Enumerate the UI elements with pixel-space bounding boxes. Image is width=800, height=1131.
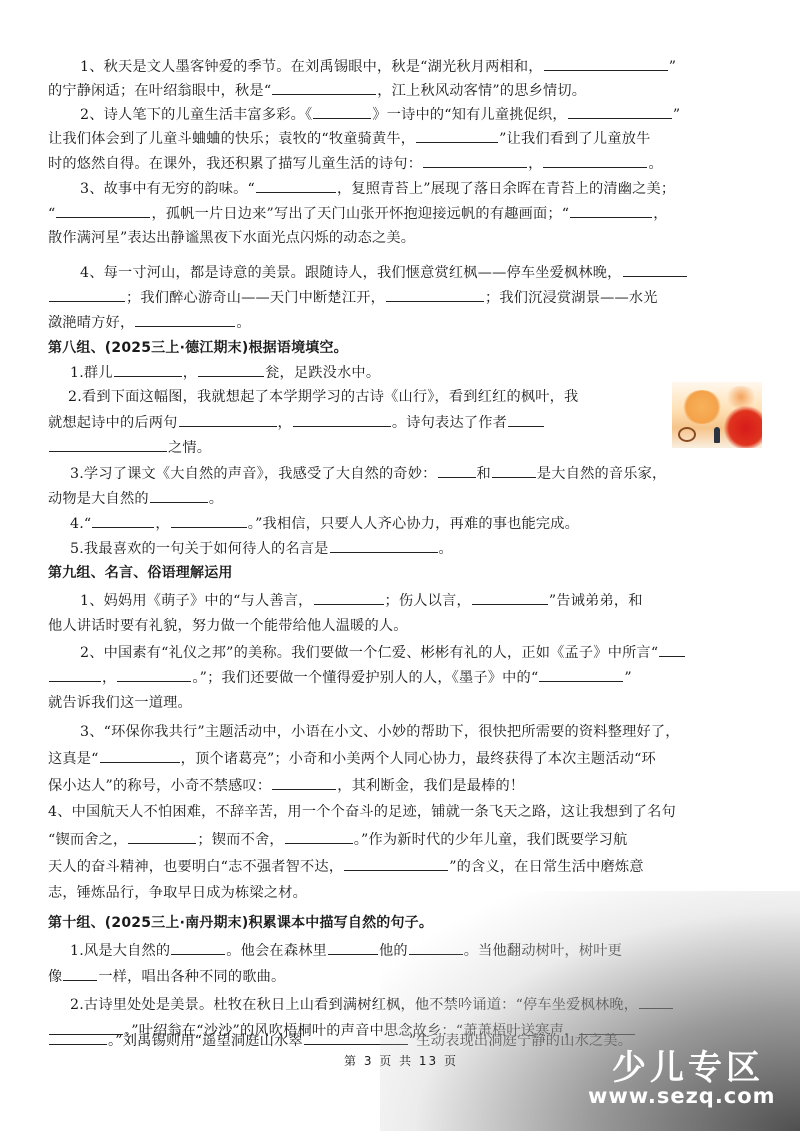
- figure-icon: [714, 427, 720, 443]
- g9-q4-line3: 天人的奋斗精神，也要明白“志不强者智不达，”的含义，在日常生活中磨炼意: [48, 856, 644, 877]
- text: ”的含义，在日常生活中磨炼意: [449, 859, 644, 875]
- text: ，: [102, 670, 116, 686]
- text: 。: [236, 315, 250, 331]
- text: 一样，唱出各种不同的歌曲。: [98, 969, 285, 985]
- g8-q5: 5.我最喜欢的一句关于如何待人的名言是。: [70, 538, 453, 559]
- orange-tree: [682, 390, 722, 424]
- text: 散作满河星”表达出静谧黑夜下水面光点闪烁的动态之美。: [48, 230, 415, 246]
- answer-blank[interactable]: [128, 829, 196, 844]
- text: ，: [183, 365, 197, 381]
- g9-q4-line1: 4、中国航天人不怕困难，不辞辛苦，用一个个奋斗的足迹，铺就一条飞天之路，这让我想…: [48, 802, 676, 822]
- answer-blank[interactable]: [416, 128, 498, 143]
- answer-blank[interactable]: [328, 940, 378, 955]
- answer-blank[interactable]: [171, 513, 247, 528]
- text: ；锲而不舍，: [197, 832, 283, 848]
- text: 动物是大自然的: [48, 491, 149, 507]
- answer-blank[interactable]: [256, 178, 336, 193]
- text: “: [48, 206, 55, 222]
- answer-blank[interactable]: [544, 56, 668, 71]
- answer-blank[interactable]: [150, 488, 208, 503]
- answer-blank[interactable]: [49, 667, 101, 682]
- g9-q2-line3: 就告诉我们这一道理。: [48, 693, 192, 713]
- text: 瓮，足跌没水中。: [265, 365, 380, 381]
- text: 1、秋天是文人墨客钟爱的季节。在刘禹锡眼中，秋是“湖光秋月两相和，: [80, 59, 543, 75]
- text: 1、妈妈用《萌子》中的“与人善言，: [80, 593, 313, 609]
- answer-blank[interactable]: [63, 966, 97, 981]
- g7-q3-line3: 散作满河星”表达出静谧黑夜下水面光点闪烁的动态之美。: [48, 228, 415, 248]
- answer-blank[interactable]: [285, 829, 353, 844]
- g7-q1-line2: 的宁静闲适；在叶绍翁眼中，秋是“，江上秋风动客情”的思乡情切。: [48, 80, 586, 101]
- text: 。: [209, 491, 223, 507]
- cart-icon: [678, 427, 696, 442]
- answer-blank[interactable]: [49, 287, 125, 302]
- answer-blank[interactable]: [293, 412, 391, 427]
- text: 。”刘禹锡则用“遥望洞庭山水翠: [108, 1033, 303, 1049]
- answer-blank[interactable]: [272, 80, 376, 95]
- text: 。”；我们还要做一个懂得爱护别人的人，《墨子》中的“: [192, 670, 538, 686]
- text: 。: [648, 156, 662, 172]
- text: ，复照青苔上”展现了落日余晖在青苔上的清幽之美；: [337, 181, 675, 197]
- g9-q3-line3: 保小达人”的称号，小奇不禁感叹：，其利断金，我们是最棒的！: [48, 775, 524, 796]
- text: ”: [624, 670, 631, 686]
- text: 4.“: [70, 516, 91, 532]
- text: 是大自然的音乐家，: [537, 466, 667, 482]
- g9-q3-line1: 3、“环保你我共行”主题活动中，小语在小文、小妙的帮助下，很快把所需要的资料整理…: [80, 722, 680, 742]
- g8-q2-line1: 2.看到下面这幅图，我就想起了本学期学习的古诗《山行》，看到红红的枫叶，我: [68, 387, 578, 407]
- g10-q1-line2: 像一样，唱出各种不同的歌曲。: [48, 966, 285, 987]
- text: ，其利断金，我们是最棒的！: [337, 778, 524, 794]
- text: 保小达人”的称号，小奇不禁感叹：: [48, 778, 271, 794]
- text: ；我们醉心游奇山——天门中断楚江开，: [126, 290, 385, 306]
- g9-q2-line2: ，。”；我们还要做一个懂得爱护别人的人，《墨子》中的“”: [48, 667, 632, 688]
- text: 。”我相信，只要人人齐心协力，再难的事也能完成。: [248, 516, 579, 532]
- g8-q3-line2: 动物是大自然的。: [48, 488, 223, 509]
- text: ，: [278, 415, 292, 431]
- text: 像: [48, 969, 62, 985]
- answer-blank[interactable]: [492, 463, 536, 478]
- text: 天人的奋斗精神，也要明白“志不强者智不达，: [48, 859, 343, 875]
- answer-blank[interactable]: [539, 667, 623, 682]
- text: ，顶个诸葛亮”；小奇和小美两个人同心协力，最终获得了本次主题活动“环: [181, 751, 656, 767]
- watermark-title: 少儿专区: [612, 1040, 764, 1089]
- answer-blank[interactable]: [114, 362, 182, 377]
- answer-blank[interactable]: [568, 104, 672, 119]
- text: ，: [155, 516, 169, 532]
- text: ；我们沉浸赏湖景——水光: [485, 290, 658, 306]
- text: ”告诫弟弟，和: [549, 593, 643, 609]
- text: 2、诗人笔下的儿童生活丰富多彩。《: [80, 107, 312, 123]
- text: ，孤帆一片日边来”写出了天门山张开怀抱迎接远帆的有趣画面；“: [151, 206, 569, 222]
- text: 时的悠然自得。在课外，我还积累了描写儿童生活的诗句：: [48, 156, 422, 172]
- g7-q2-line3: 时的悠然自得。在课外，我还积累了描写儿童生活的诗句：，。: [48, 153, 663, 174]
- group9-heading: 第九组、名言、俗语理解运用: [48, 563, 233, 583]
- g7-q2-line2: 让我们体会到了儿童斗蛐蛐的快乐；袁牧的“牧童骑黄牛，”让我们看到了儿童放牛: [48, 128, 651, 149]
- text: 的宁静闲适；在叶绍翁眼中，秋是“: [48, 83, 271, 99]
- answer-blank[interactable]: [49, 437, 167, 452]
- answer-blank[interactable]: [49, 1030, 107, 1045]
- text: ；伤人以言，: [385, 593, 471, 609]
- answer-blank[interactable]: [330, 538, 438, 553]
- text: 3.学习了课文《大自然的声音》，我感受了大自然的奇妙：: [70, 466, 437, 482]
- text: 5.我最喜欢的一句关于如何待人的名言是: [70, 541, 329, 557]
- text: ，江上秋风动客情”的思乡情切。: [377, 83, 586, 99]
- answer-blank[interactable]: [659, 642, 685, 657]
- text: 潋滟晴方好，: [48, 315, 134, 331]
- g8-q2-line2: 就想起诗中的后两句，。诗句表达了作者: [48, 412, 545, 433]
- answer-blank[interactable]: [198, 362, 264, 377]
- page-number: 第 3 页 共 13 页: [344, 1052, 458, 1069]
- g7-q4-line2: ；我们醉心游奇山——天门中断楚江开，；我们沉浸赏湖景——水光: [48, 287, 658, 308]
- text: 4、每一寸河山，都是诗意的美景。跟随诗人，我们惬意赏红枫——停车坐爱枫林晚，: [80, 265, 622, 281]
- g8-q4: 4.“，。”我相信，只要人人齐心协力，再难的事也能完成。: [70, 513, 579, 534]
- g9-q4-line2: “锲而舍之，；锲而不舍，。”作为新时代的少年儿童，我们既要学习航: [48, 829, 627, 850]
- text: ，: [653, 206, 667, 222]
- answer-blank[interactable]: [117, 667, 191, 682]
- worksheet-page: 1、秋天是文人墨客钟爱的季节。在刘禹锡眼中，秋是“湖光秋月两相和，” 的宁静闲适…: [0, 0, 800, 1131]
- g8-q3-line1: 3.学习了课文《大自然的声音》，我感受了大自然的奇妙：和是大自然的音乐家，: [70, 463, 666, 484]
- answer-blank[interactable]: [543, 153, 647, 168]
- text: 。他会在森林里: [226, 943, 327, 959]
- group8-heading: 第八组、(2025三上·德江期末)根据语境填空。: [48, 338, 348, 358]
- text: 就想起诗中的后两句: [48, 415, 178, 431]
- answer-blank[interactable]: [314, 590, 384, 605]
- g7-q3-line2: “，孤帆一片日边来”写出了天门山张开怀抱迎接远帆的有趣画面；“，: [48, 203, 668, 224]
- text: ”让我们看到了儿童放牛: [499, 131, 650, 147]
- answer-blank[interactable]: [135, 312, 235, 327]
- g7-q4-line3: 潋滟晴方好，。: [48, 312, 251, 333]
- text: 。”作为新时代的少年儿童，我们既要学习航: [354, 832, 628, 848]
- text: ”: [673, 107, 680, 123]
- answer-blank[interactable]: [313, 104, 371, 119]
- answer-blank[interactable]: [438, 463, 476, 478]
- text: ”: [669, 59, 676, 75]
- watermark-url: www.sezq.com: [588, 1084, 776, 1108]
- g9-q1-line2: 他人讲话时要有礼貌，努力做一个能带给他人温暖的人。: [48, 616, 408, 636]
- group10-heading: 第十组、(2025三上·南丹期末)积累课本中描写自然的句子。: [48, 913, 433, 933]
- text: “锲而舍之，: [48, 832, 127, 848]
- g8-q2-line3: 之情。: [48, 437, 211, 458]
- text: 2、中国素有“礼仪之邦”的美称。我们要做一个仁爱、彬彬有礼的人，正如《孟子》中所…: [80, 645, 658, 661]
- answer-blank[interactable]: [179, 412, 277, 427]
- g7-q4-line1: 4、每一寸河山，都是诗意的美景。跟随诗人，我们惬意赏红枫——停车坐爱枫林晚，: [80, 262, 688, 283]
- answer-blank[interactable]: [423, 153, 527, 168]
- text: 3、故事中有无穷的韵味。“: [80, 181, 255, 197]
- orange-tree: [724, 386, 758, 408]
- answer-blank[interactable]: [623, 262, 687, 277]
- g7-q3-line1: 3、故事中有无穷的韵味。“，复照青苔上”展现了落日余晖在青苔上的清幽之美；: [80, 178, 675, 199]
- text: 》一诗中的“知有儿童挑促织，: [372, 107, 567, 123]
- text: 这真是“: [48, 751, 99, 767]
- answer-blank[interactable]: [344, 856, 448, 871]
- g8-q1: 1.群儿，瓮，足跌没水中。: [70, 362, 380, 383]
- answer-blank[interactable]: [472, 590, 548, 605]
- g7-q1-line1: 1、秋天是文人墨客钟爱的季节。在刘禹锡眼中，秋是“湖光秋月两相和，”: [80, 56, 676, 77]
- text: 1.群儿: [70, 365, 113, 381]
- g9-q2-line1: 2、中国素有“礼仪之邦”的美称。我们要做一个仁爱、彬彬有礼的人，正如《孟子》中所…: [80, 642, 686, 663]
- g9-q3-line2: 这真是“，顶个诸葛亮”；小奇和小美两个人同心协力，最终获得了本次主题活动“环: [48, 748, 656, 769]
- text: 和: [477, 466, 491, 482]
- red-maple: [724, 406, 762, 448]
- answer-blank[interactable]: [386, 287, 484, 302]
- maple-painting-image: [672, 382, 762, 448]
- answer-blank[interactable]: [100, 748, 180, 763]
- text: 1.风是大自然的: [70, 943, 170, 959]
- answer-blank[interactable]: [508, 412, 544, 427]
- g9-q4-line4: 志，锤炼品行，争取早日成为栋梁之材。: [48, 883, 307, 903]
- text: ，: [528, 156, 542, 172]
- text: 。诗句表达了作者: [392, 415, 507, 431]
- answer-blank[interactable]: [272, 775, 336, 790]
- answer-blank[interactable]: [92, 513, 154, 528]
- g7-q2-line1: 2、诗人笔下的儿童生活丰富多彩。《》一诗中的“知有儿童挑促织，”: [80, 104, 680, 125]
- answer-blank[interactable]: [56, 203, 150, 218]
- text: 让我们体会到了儿童斗蛐蛐的快乐；袁牧的“牧童骑黄牛，: [48, 131, 415, 147]
- answer-blank[interactable]: [570, 203, 652, 218]
- g9-q1-line1: 1、妈妈用《萌子》中的“与人善言，；伤人以言，”告诫弟弟，和: [80, 590, 643, 611]
- answer-blank[interactable]: [171, 940, 225, 955]
- text: 之情。: [168, 440, 211, 456]
- text: 。: [439, 541, 453, 557]
